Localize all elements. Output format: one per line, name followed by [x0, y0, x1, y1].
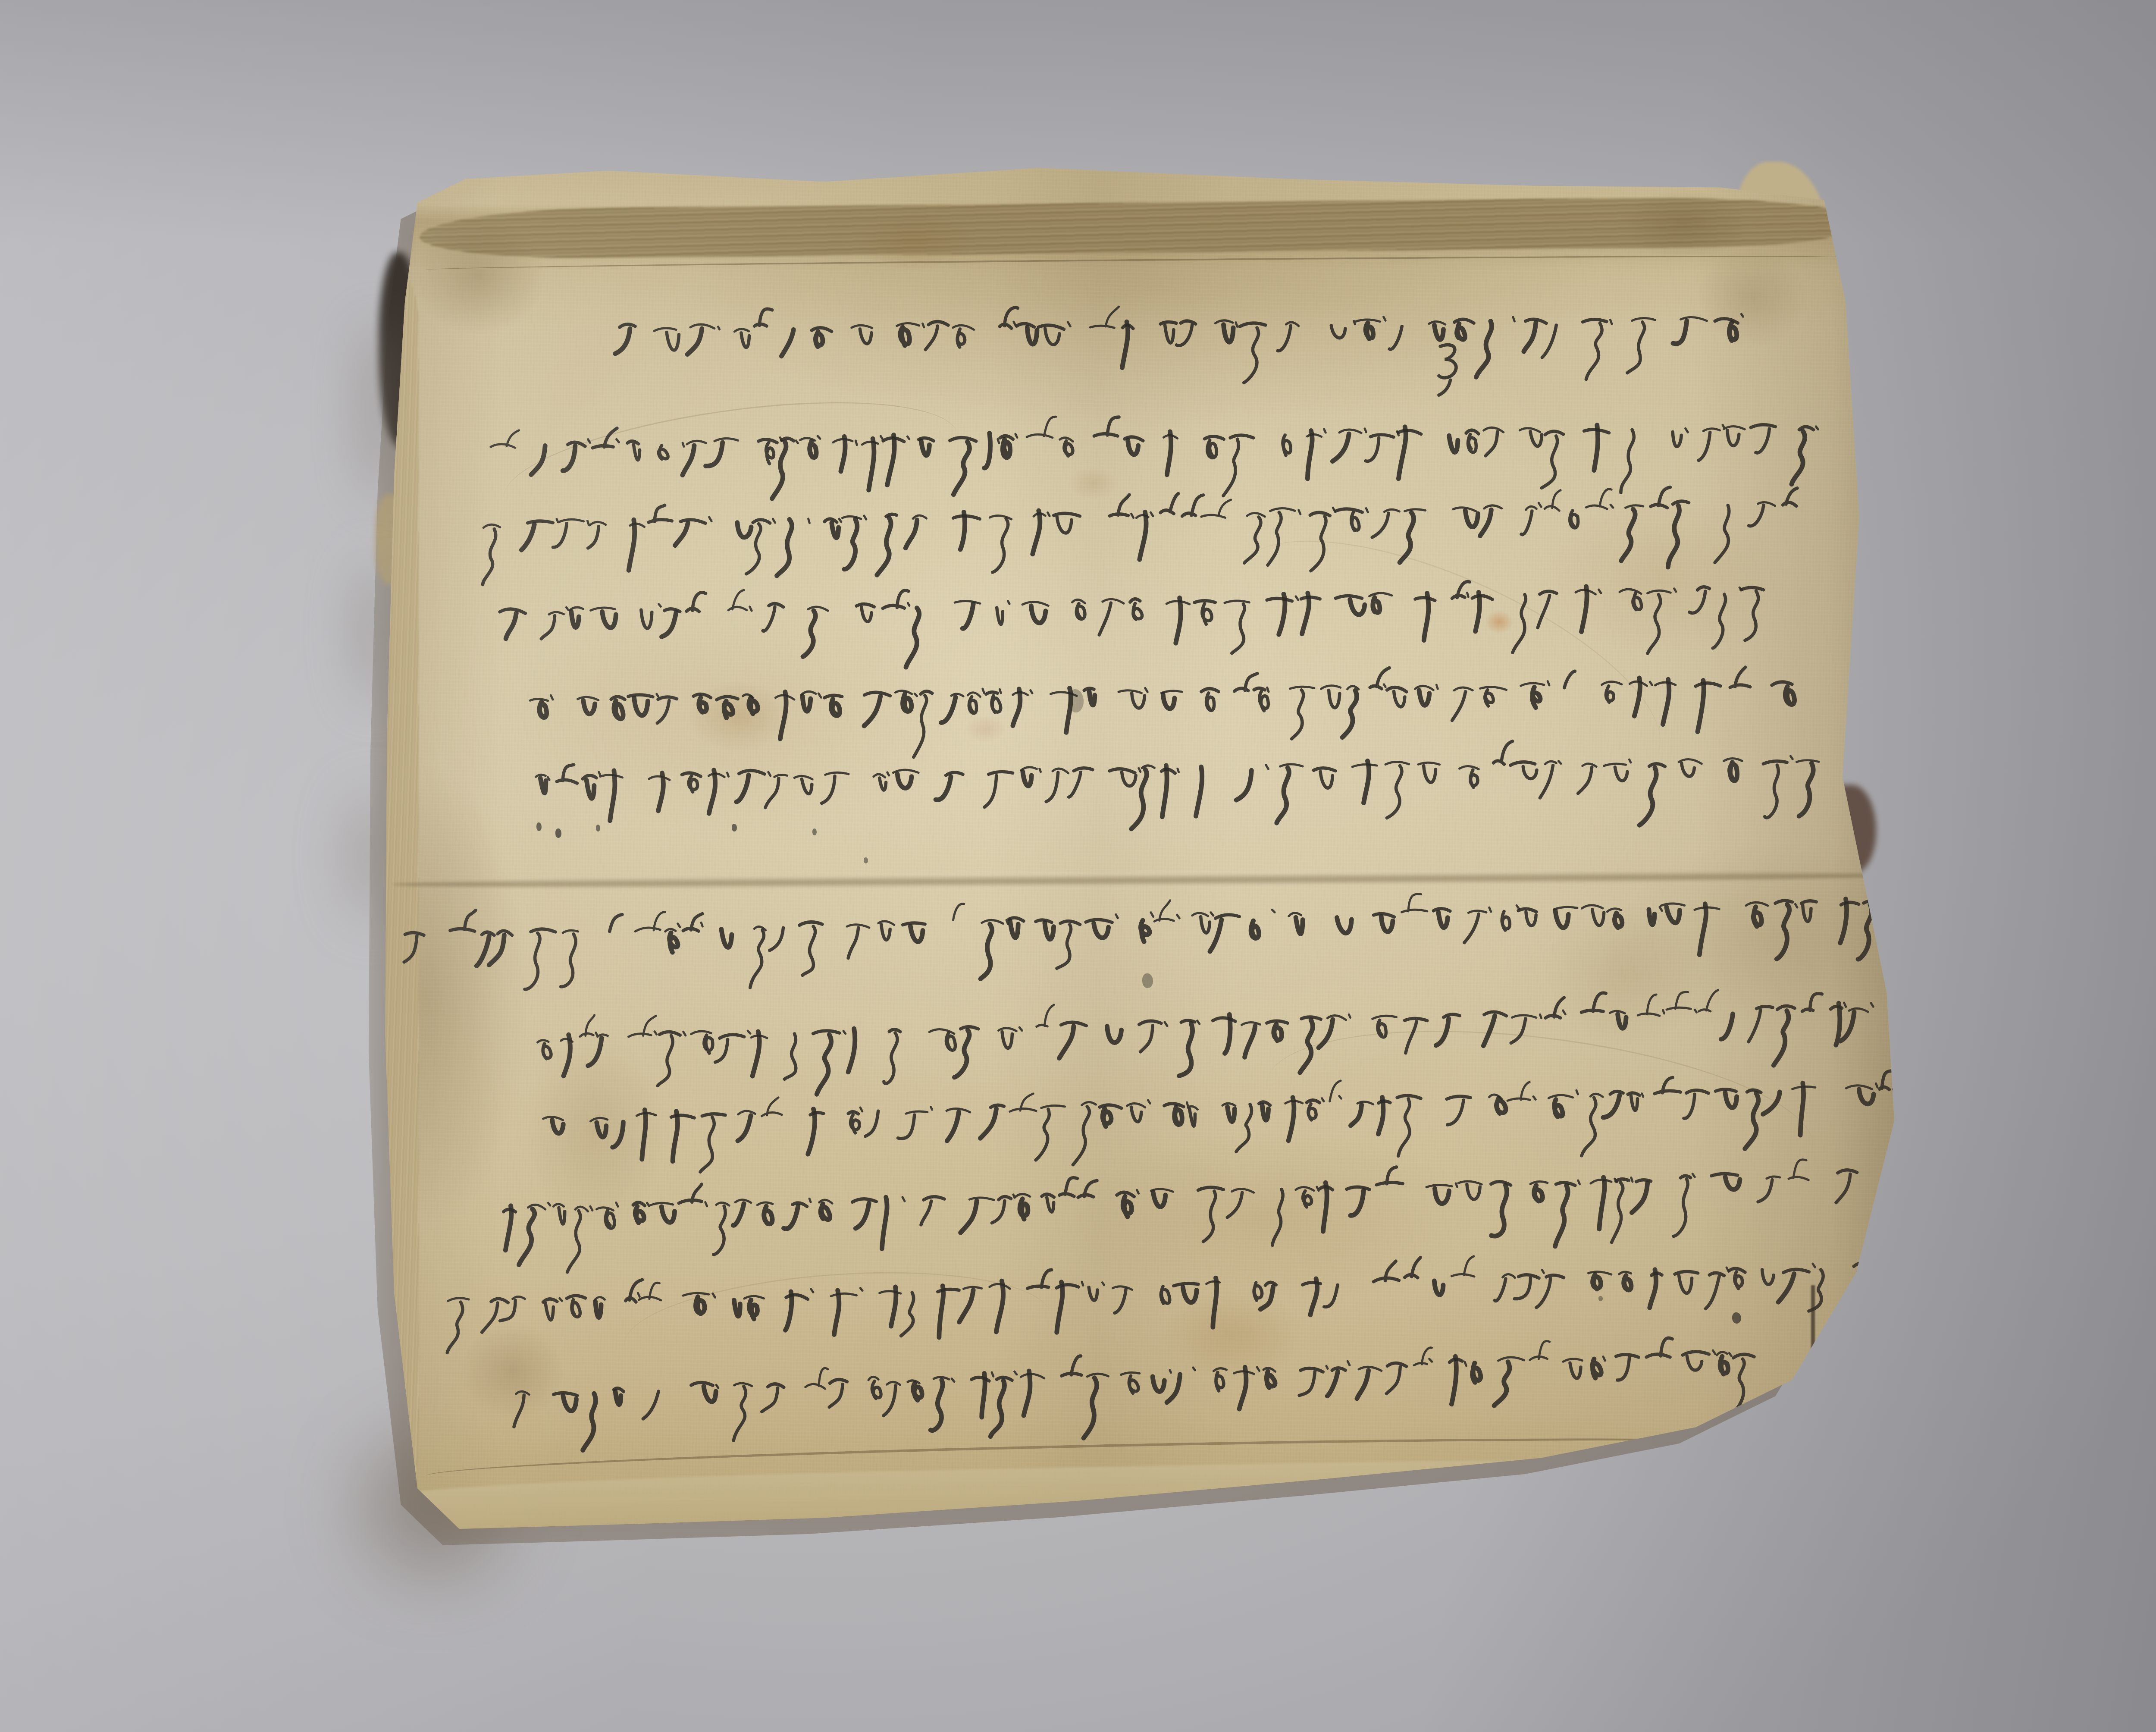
lighting-sheen — [380, 160, 1907, 1553]
manuscript-book — [380, 160, 1907, 1553]
shadow-smudge-left-upper — [357, 561, 391, 703]
worn-dark-edge-right-lower — [1878, 306, 1894, 501]
photo-backdrop — [0, 0, 2156, 1732]
worn-dark-edge-right — [1855, 195, 1879, 321]
shadow-smudge-top-left — [362, 319, 394, 500]
